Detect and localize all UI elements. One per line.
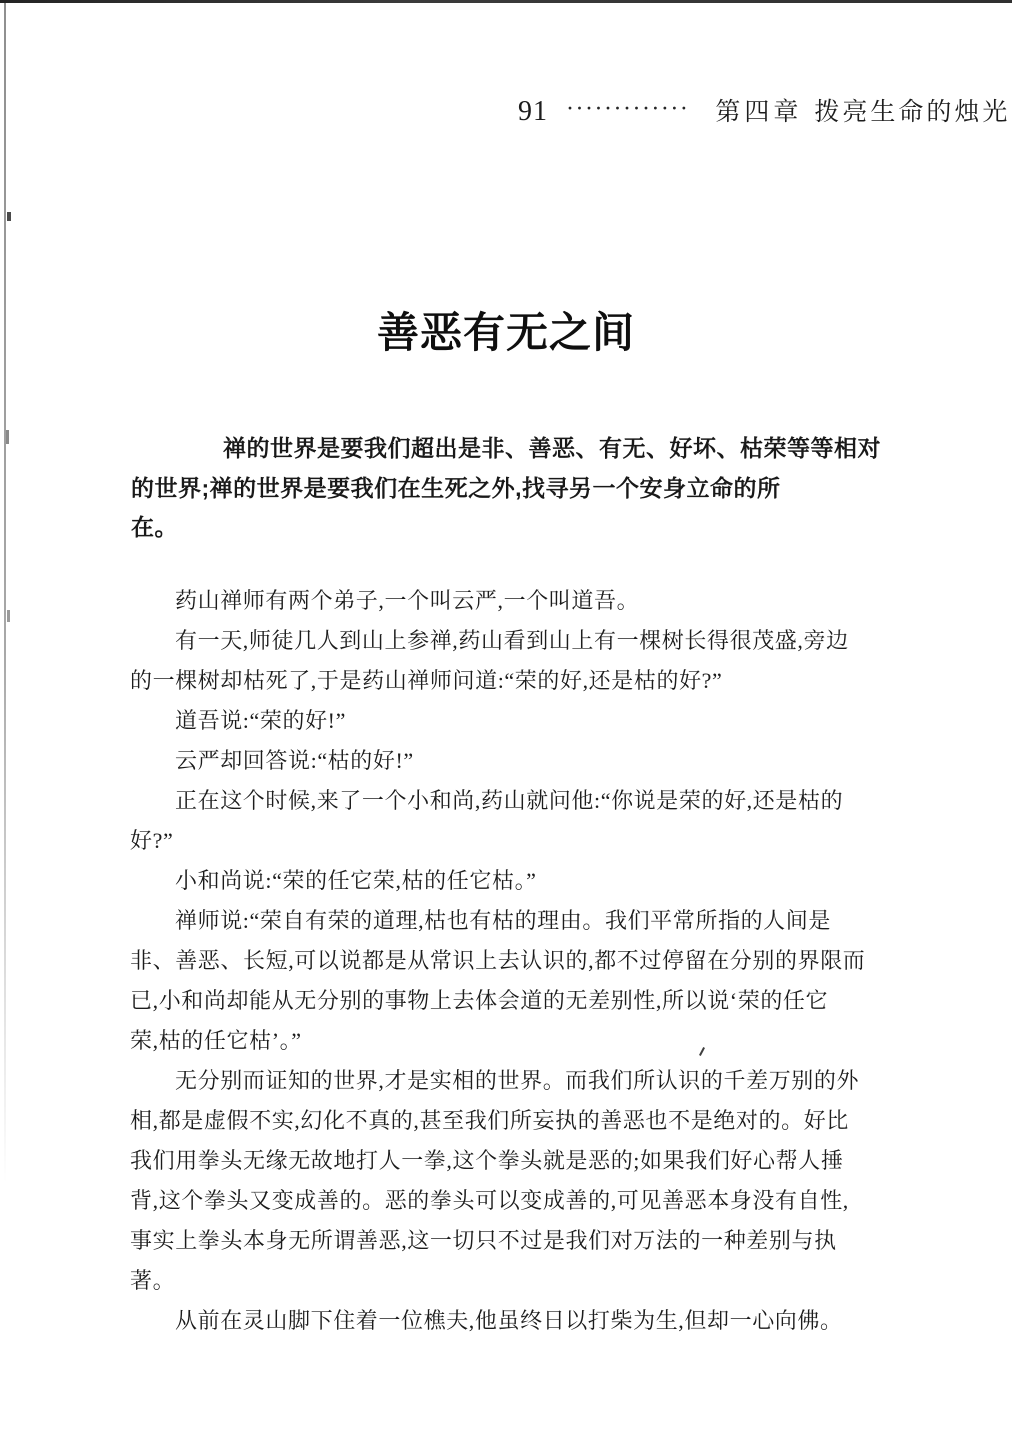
text-line: 云严却回答说:“枯的好!” bbox=[130, 741, 910, 781]
scan-left-edge-artifact bbox=[4, 3, 6, 1183]
page-number: 91 bbox=[518, 96, 548, 128]
text-line: 药山禅师有两个弟子,一个叫云严,一个叫道吾。 bbox=[130, 581, 910, 621]
intro-paragraph: 禅的世界是要我们超出是非、善恶、有无、好坏、枯荣等等相对的世界;禅的世界是要我们… bbox=[131, 429, 871, 548]
header-dot-leader: ············· bbox=[566, 96, 689, 123]
body-text: 药山禅师有两个弟子,一个叫云严,一个叫道吾。有一天,师徒几人到山上参禅,药山看到… bbox=[130, 581, 910, 1341]
text-line: 禅的世界是要我们超出是非、善恶、有无、好坏、枯荣等等相对 bbox=[131, 429, 871, 469]
scan-speck bbox=[7, 610, 10, 622]
text-line: 背,这个拳头又变成善的。恶的拳头可以变成善的,可见善恶本身没有自性, bbox=[130, 1181, 910, 1221]
text-line: 禅师说:“荣自有荣的道理,枯也有枯的理由。我们平常所指的人间是 bbox=[130, 901, 910, 941]
scan-top-edge-artifact bbox=[0, 0, 1012, 3]
scan-speck bbox=[7, 212, 11, 221]
scan-speck bbox=[6, 430, 9, 444]
scanned-book-page: 91 ············· 第四章 拨亮生命的烛光 善恶有无之间 禅的世界… bbox=[0, 0, 1012, 1439]
running-header: 91 ············· 第四章 拨亮生命的烛光 bbox=[518, 92, 1010, 128]
text-line: 的世界;禅的世界是要我们在生死之外,找寻另一个安身立命的所 bbox=[131, 469, 871, 509]
text-line: 已,小和尚却能从无分别的事物上去体会道的无差别性,所以说‘荣的任它 bbox=[130, 981, 910, 1021]
text-line: 的一棵树却枯死了,于是药山禅师问道:“荣的好,还是枯的好?” bbox=[130, 661, 910, 701]
text-line: 荣,枯的任它枯’。” bbox=[130, 1021, 910, 1061]
text-line: 我们用拳头无缘无故地打人一拳,这个拳头就是恶的;如果我们好心帮人捶 bbox=[130, 1141, 910, 1181]
text-line: 小和尚说:“荣的任它荣,枯的任它枯。” bbox=[130, 861, 910, 901]
text-line: 道吾说:“荣的好!” bbox=[130, 701, 910, 741]
text-line: 无分别而证知的世界,才是实相的世界。而我们所认识的千差万别的外 bbox=[130, 1061, 910, 1101]
text-line: 从前在灵山脚下住着一位樵夫,他虽终日以打柴为生,但却一心向佛。 bbox=[130, 1301, 910, 1341]
text-line: 好?” bbox=[130, 821, 910, 861]
chapter-number: 第四章 bbox=[715, 92, 802, 128]
text-line: 正在这个时候,来了一个小和尚,药山就问他:“你说是荣的好,还是枯的 bbox=[130, 781, 910, 821]
text-line: 有一天,师徒几人到山上参禅,药山看到山上有一棵树长得很茂盛,旁边 bbox=[130, 621, 910, 661]
section-title: 善恶有无之间 bbox=[0, 300, 1012, 360]
text-line: 事实上拳头本身无所谓善恶,这一切只不过是我们对万法的一种差别与执 bbox=[130, 1221, 910, 1261]
text-line: 在。 bbox=[131, 508, 871, 548]
chapter-title: 拨亮生命的烛光 bbox=[814, 92, 1010, 128]
text-line: 非、善恶、长短,可以说都是从常识上去认识的,都不过停留在分别的界限而 bbox=[130, 941, 910, 981]
text-line: 著。 bbox=[130, 1261, 910, 1301]
text-line: 相,都是虚假不实,幻化不真的,甚至我们所妄执的善恶也不是绝对的。好比 bbox=[130, 1101, 910, 1141]
